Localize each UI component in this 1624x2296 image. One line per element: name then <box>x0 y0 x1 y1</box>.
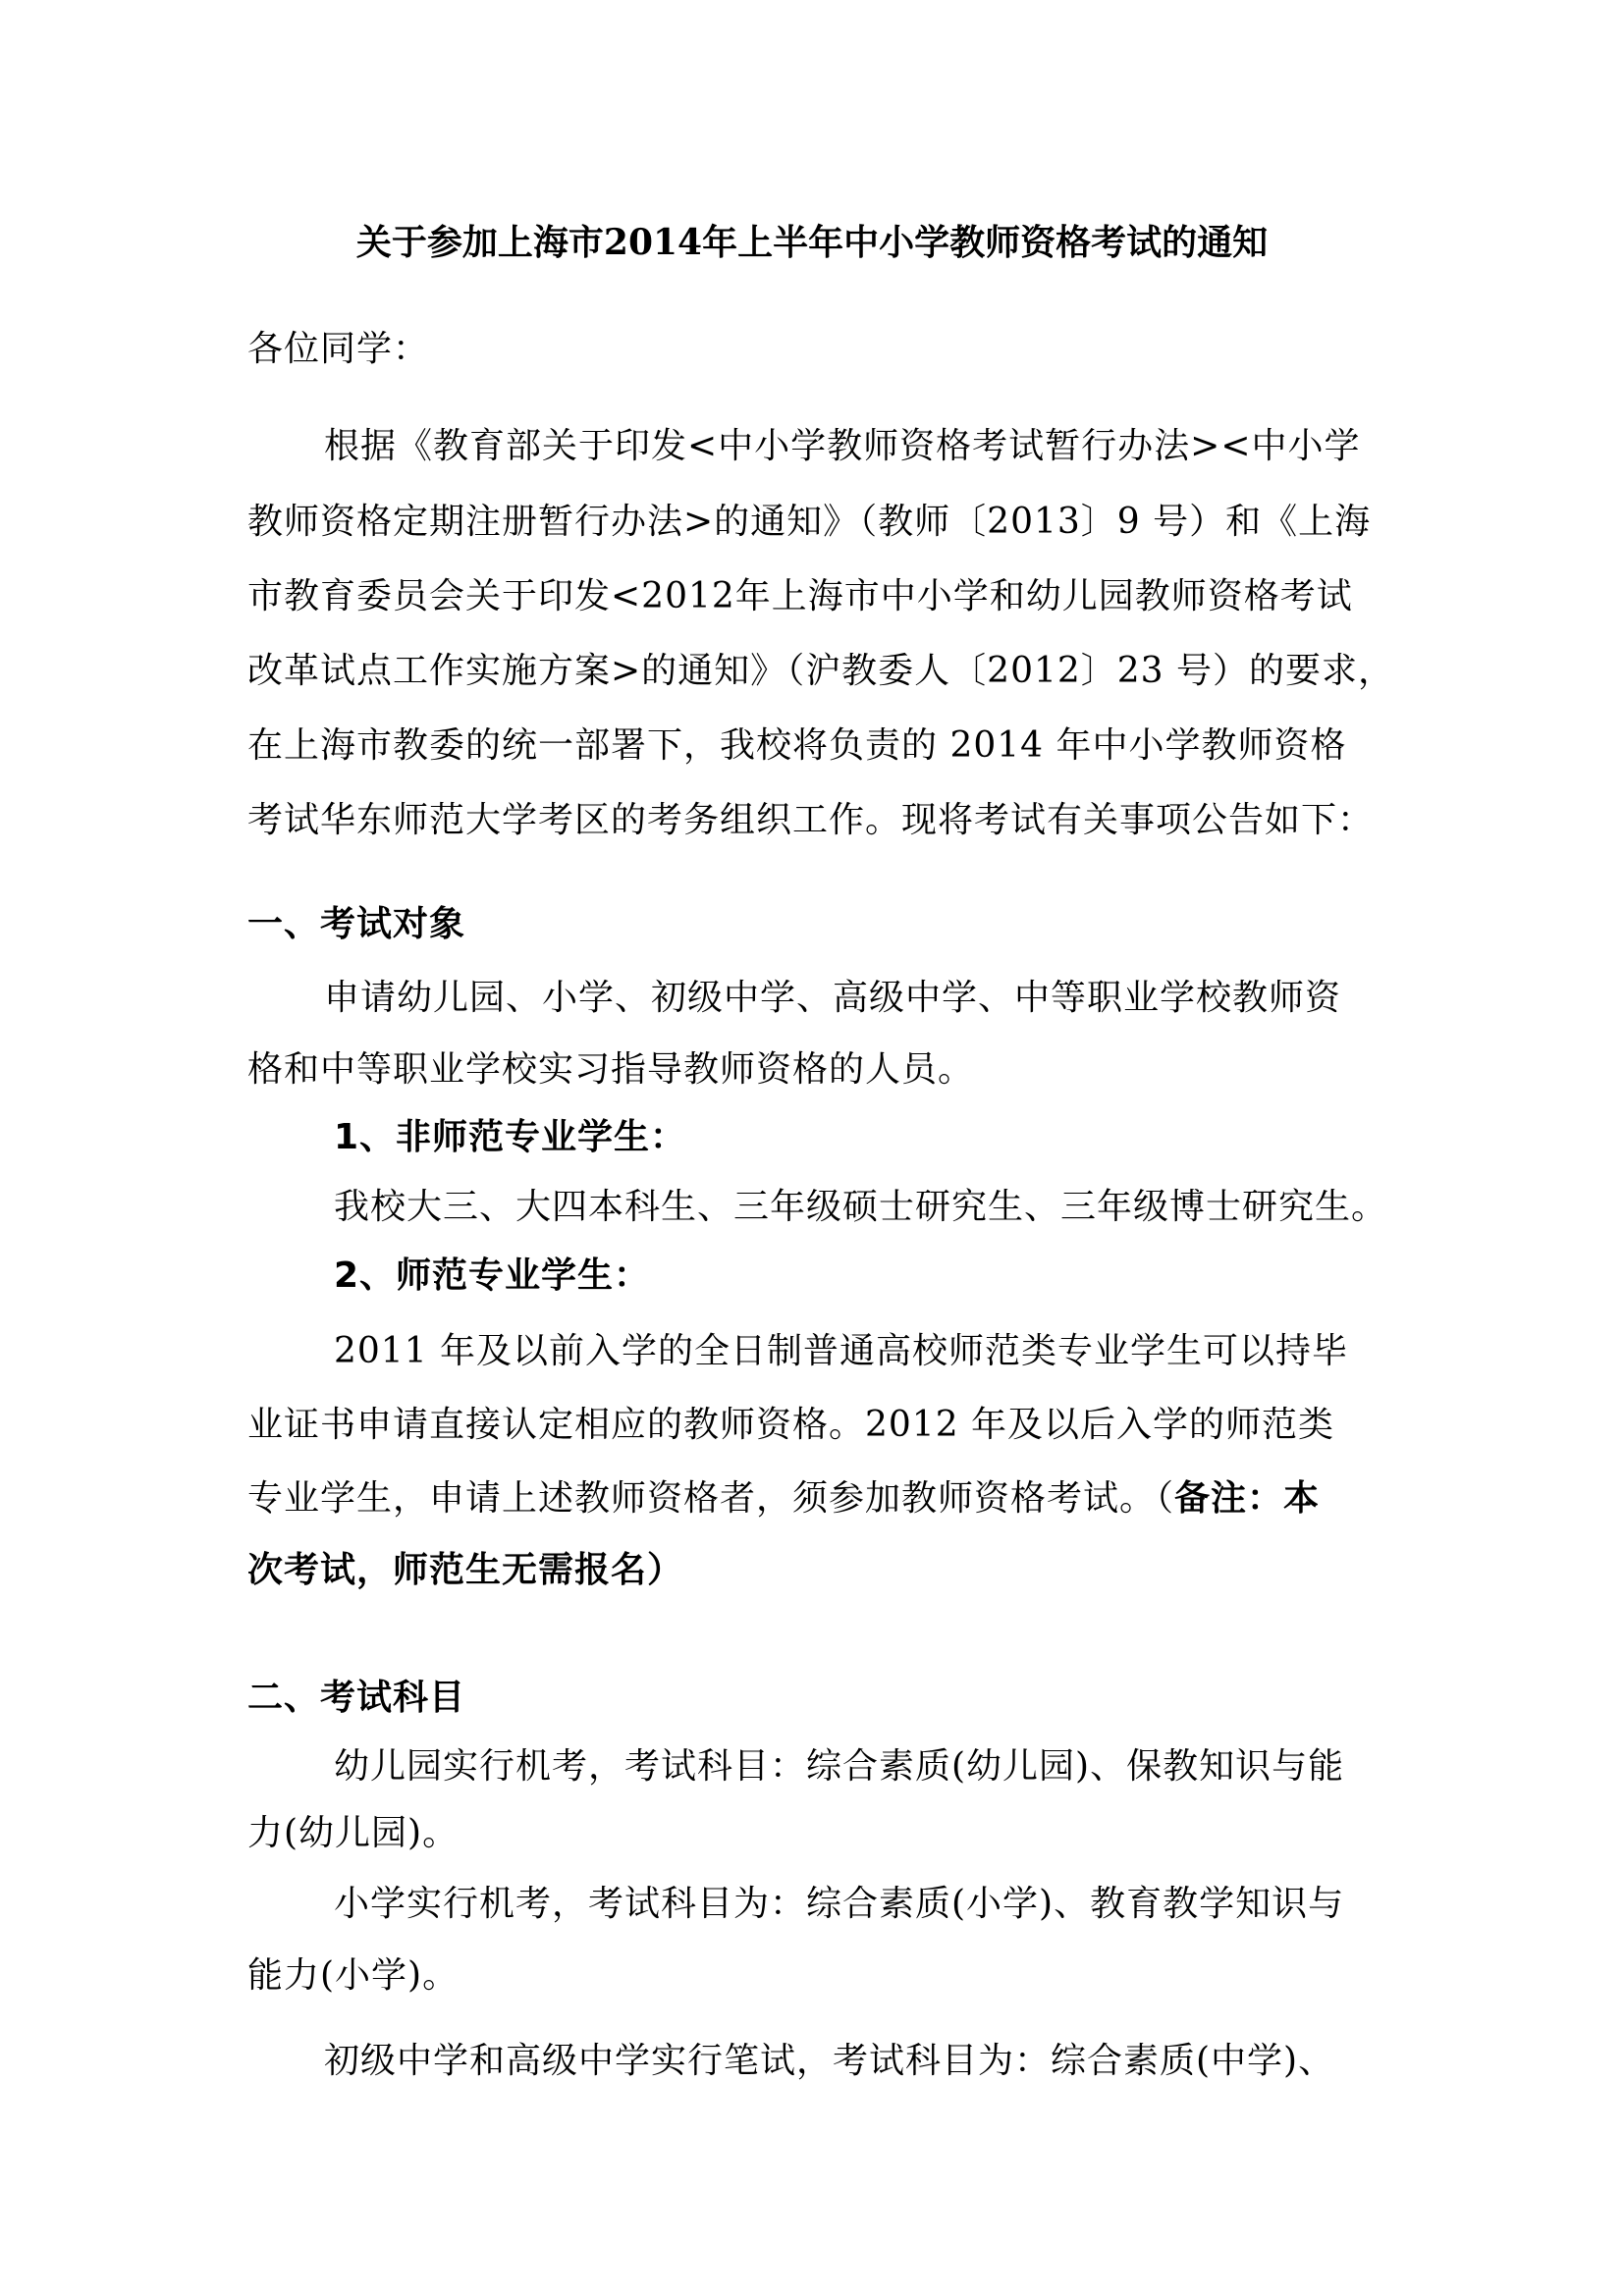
section2-secondary-line-1: 初级中学和高级中学实行笔试，考试科目为：综合素质(中学)、 <box>324 2040 1473 2083</box>
line3-plain: 专业学生，申请上述教师资格者，须参加教师资格考试。（ <box>247 1478 1174 1519</box>
section2-heading: 二、考试科目 <box>247 1677 1396 1720</box>
section2-primary-line-2: 能力(小学)。 <box>247 1954 1396 1998</box>
intro-line-4: 改革试点工作实施方案>的通知》（沪教委人〔2012〕23 号）的要求， <box>247 650 1396 693</box>
intro-line-1: 根据《教育部关于印发<中小学教师资格考试暂行办法><中小学 <box>324 425 1473 468</box>
intro-line-3: 市教育委员会关于印发<2012年上海市中小学和幼儿园教师资格考试 <box>247 575 1396 618</box>
section1-sub2-heading: 2、师范专业学生： <box>334 1255 1483 1298</box>
section1-sub2-line-1: 2011 年及以前入学的全日制普通高校师范类专业学生可以持毕 <box>334 1330 1483 1373</box>
intro-line-5: 在上海市教委的统一部署下，我校将负责的 2014 年中小学教师资格 <box>247 724 1396 768</box>
intro-line-6: 考试华东师范大学考区的考务组织工作。现将考试有关事项公告如下： <box>247 799 1396 842</box>
section1-sub1-text: 我校大三、大四本科生、三年级硕士研究生、三年级博士研究生。 <box>334 1186 1483 1229</box>
section1-line-2: 格和中等职业学校实习指导教师资格的人员。 <box>247 1048 1396 1092</box>
section1-heading: 一、考试对象 <box>247 903 1396 946</box>
section2-kindergarten-line-2: 力(幼儿园)。 <box>247 1812 1396 1855</box>
section1-sub2-line-4: 次考试，师范生无需报名） <box>247 1549 1396 1592</box>
section2-kindergarten-line-1: 幼儿园实行机考，考试科目：综合素质(幼儿园)、保教知识与能 <box>334 1745 1483 1789</box>
document-title: 关于参加上海市2014年上半年中小学教师资格考试的通知 <box>0 218 1624 267</box>
section1-sub2-line-2: 业证书申请直接认定相应的教师资格。2012 年及以后入学的师范类 <box>247 1404 1396 1447</box>
section1-sub1-heading: 1、非师范专业学生： <box>334 1116 1483 1159</box>
salutation: 各位同学： <box>247 328 1396 371</box>
section1-sub2-line-3: 专业学生，申请上述教师资格者，须参加教师资格考试。（备注：本 <box>247 1477 1396 1521</box>
intro-line-2: 教师资格定期注册暂行办法>的通知》（教师〔2013〕9 号）和《上海 <box>247 501 1396 544</box>
note-label: 备注：本 <box>1174 1478 1320 1519</box>
section1-line-1: 申请幼儿园、小学、初级中学、高级中学、中等职业学校教师资 <box>324 977 1473 1020</box>
section2-primary-line-1: 小学实行机考，考试科目为：综合素质(小学)、教育教学知识与 <box>334 1883 1483 1926</box>
